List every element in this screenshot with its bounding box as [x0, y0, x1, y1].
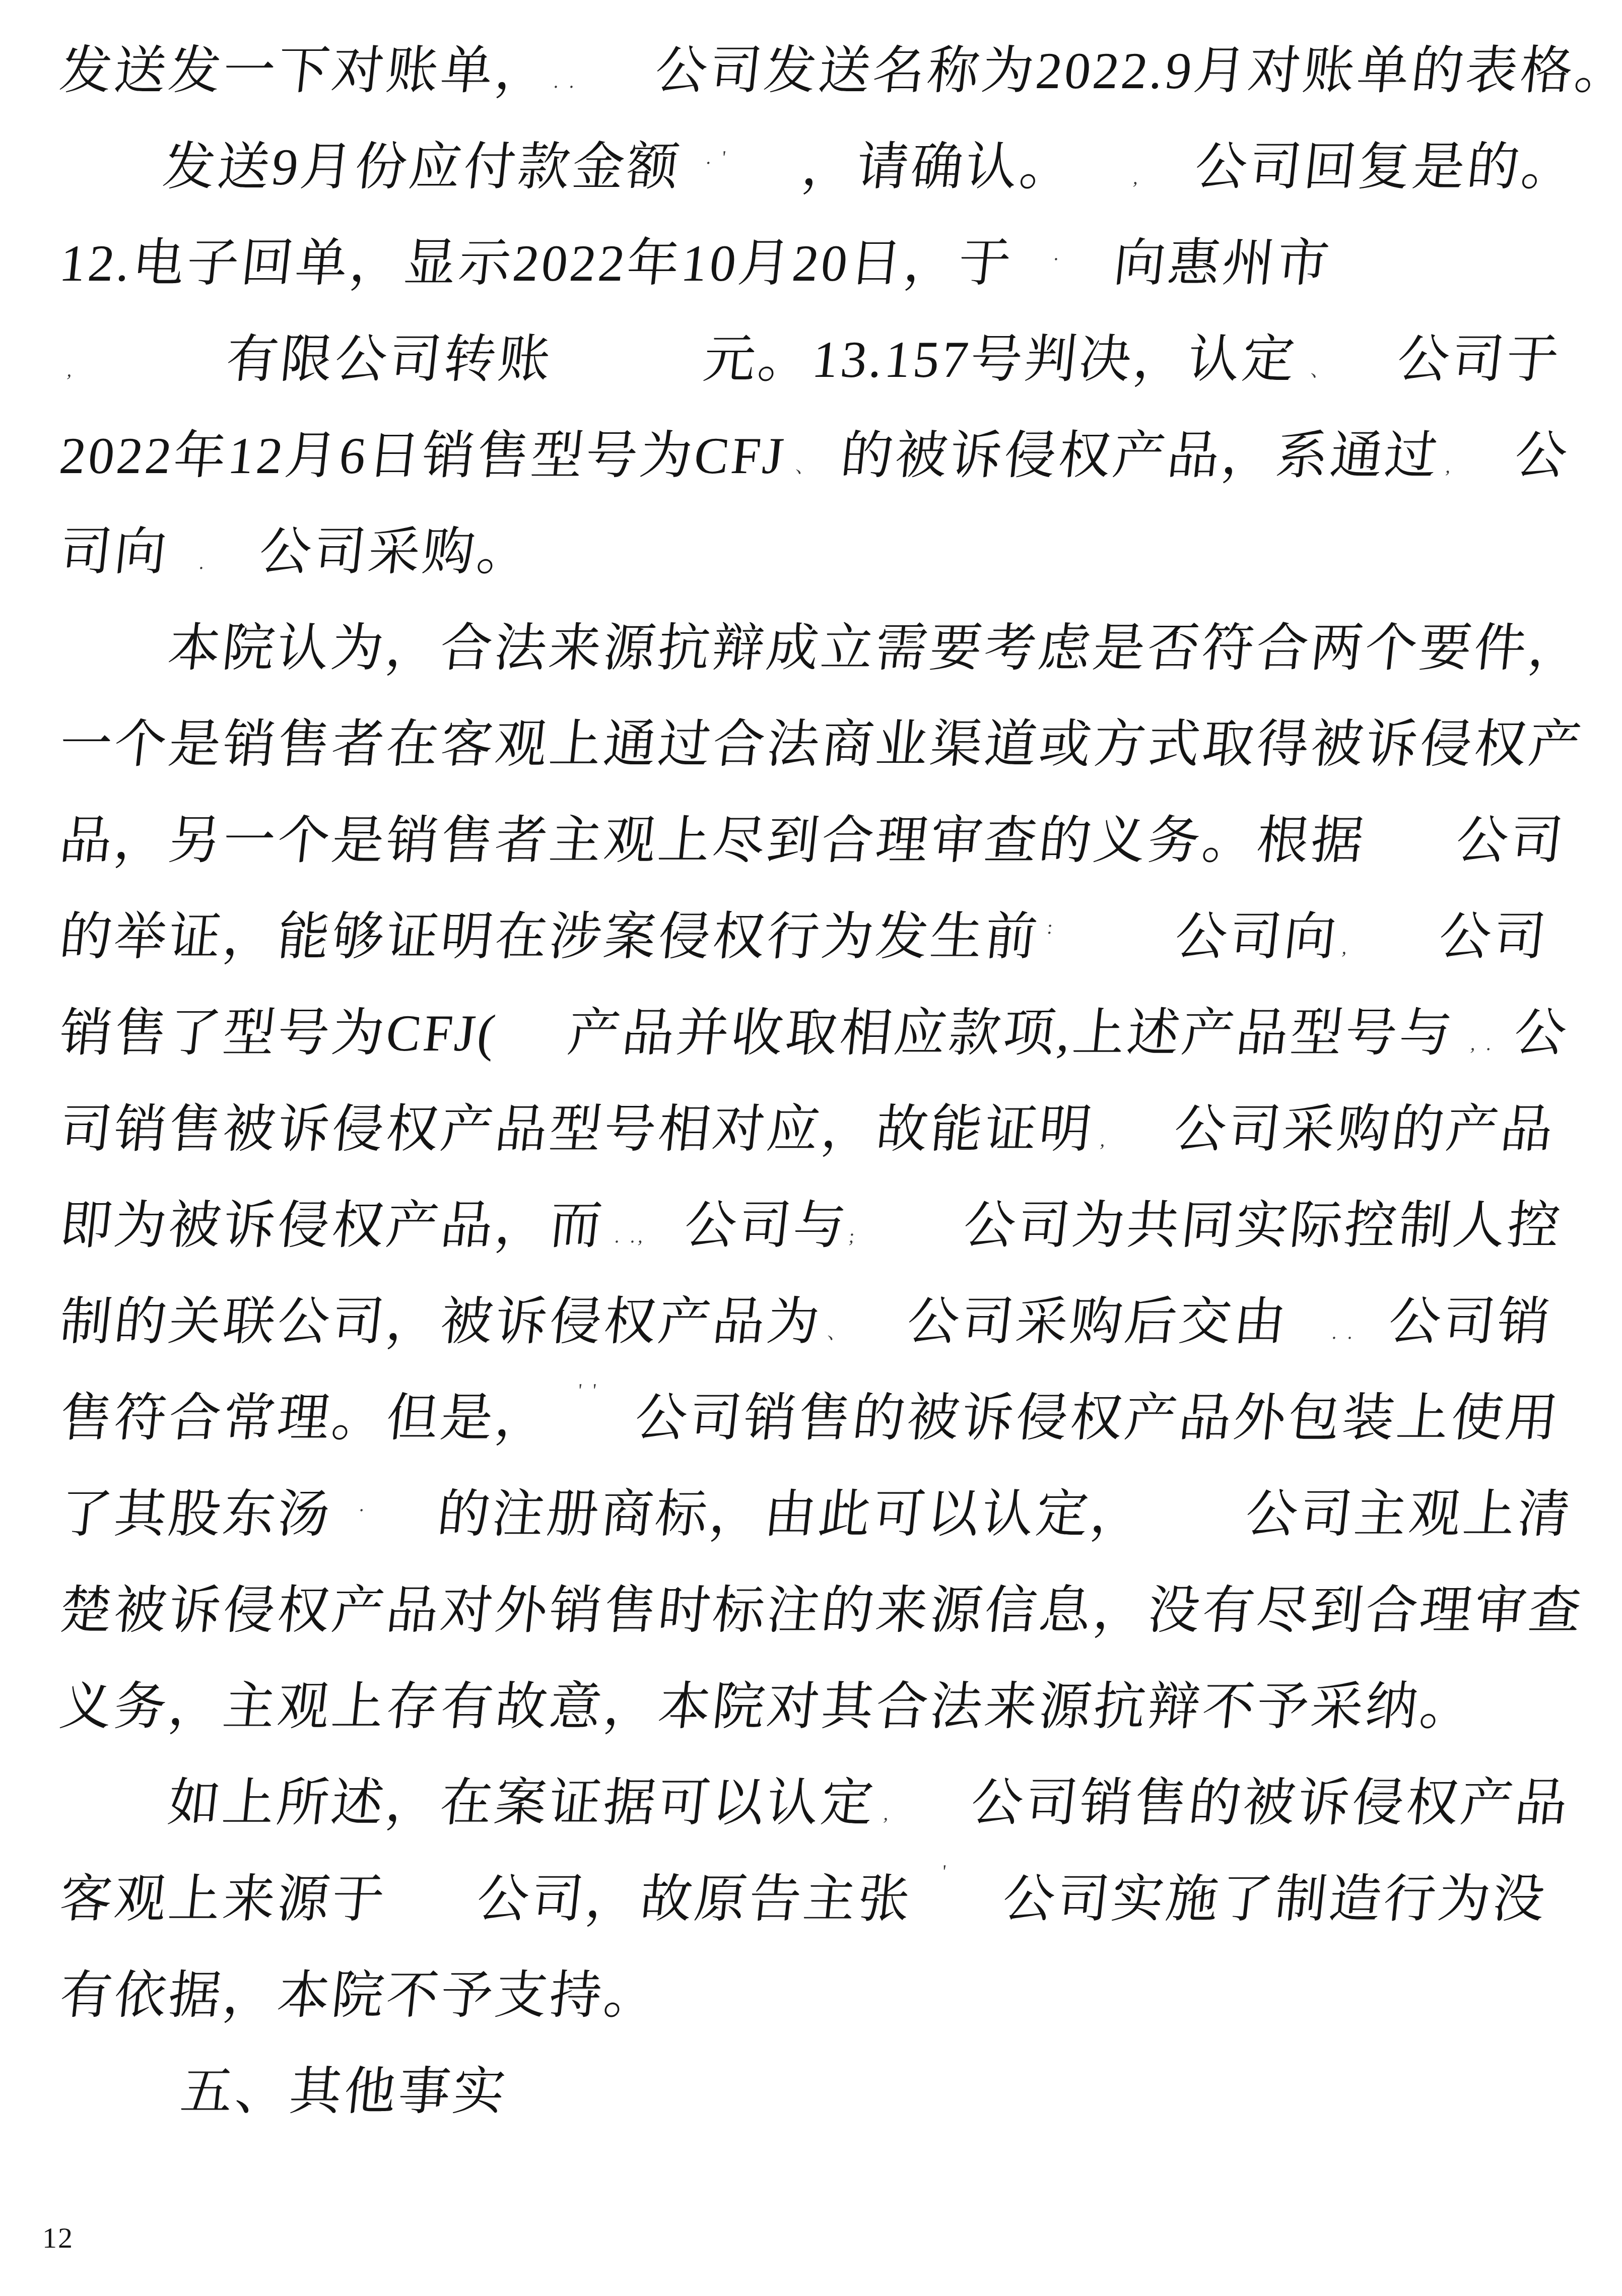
text-run: 公司采购。 — [256, 523, 534, 581]
redaction-mark: . ., — [614, 1227, 647, 1246]
text-run: 的被诉侵权产品，系通过 — [838, 427, 1443, 485]
document-line: 发送发一下对账单，. .公司发送名称为2022.9月对账单的表格。 — [55, 23, 1596, 119]
text-run: 公司 — [1436, 908, 1551, 966]
redaction-mark: 、 — [1310, 361, 1334, 380]
text-run: 公司发送名称为2022.9月对账单的表格。 — [652, 42, 1622, 100]
redaction-gap — [551, 325, 708, 377]
text-run: 了其股东汤 — [57, 1486, 335, 1543]
redaction-gap: . — [330, 1480, 442, 1532]
redaction-mark: , — [1100, 1131, 1109, 1150]
text-run: 有限公司转账 — [223, 331, 556, 388]
document-line: 即为被诉侵权产品，而. .,公司与;公司为共同实际控制人控 — [55, 1178, 1596, 1274]
text-run: 元。13.157号判决，认定 — [701, 331, 1300, 388]
document-line: 五、其他事实 — [55, 2044, 1596, 2140]
redaction-gap: . ' — [680, 133, 806, 184]
document-line: 司销售被诉侵权产品型号相对应，故能证明,公司采购的产品 — [55, 1082, 1596, 1178]
redaction-gap: 、 — [820, 1287, 911, 1339]
redaction-gap: , — [1092, 1095, 1178, 1147]
document-line: ,有限公司转账元。13.157号判决，认定、公司于 — [55, 312, 1596, 408]
redaction-mark: ' — [941, 1862, 950, 1881]
document-line: 的举证，能够证明在涉案侵权行为发生前:公司向,公司 — [55, 889, 1596, 986]
redaction-mark: , — [66, 361, 76, 380]
redaction-mark: . ' — [706, 148, 730, 167]
document-line: 了其股东汤.的注册商标，由此可以认定，公司主观上清 — [55, 1467, 1596, 1563]
text-run: 公司，故原告主张 — [474, 1871, 915, 1928]
redaction-gap: , — [1438, 421, 1519, 473]
redaction-mark: : — [1046, 918, 1057, 937]
text-run: 2022年12月6日销售型号为CFJ — [57, 427, 789, 485]
text-run: 义务，主观上存有故意，本院对其合法来源抗辩不予采纳。 — [57, 1678, 1477, 1736]
redaction-mark: . . — [1331, 1323, 1357, 1342]
text-run: 公司 — [1453, 812, 1568, 870]
redaction-mark: ' ' — [577, 1381, 600, 1400]
redaction-gap: , — [1072, 133, 1199, 184]
document-line: 售符合常理。但是，' '公司销售的被诉侵权产品外包装上使用 — [55, 1370, 1596, 1467]
document-line: 义务，主观上存有故意，本院对其合法来源抗辩不予采纳。 — [55, 1659, 1596, 1755]
redaction-mark: , — [1445, 457, 1454, 476]
redaction-gap: , . — [1452, 999, 1518, 1051]
redaction-gap: . . — [1287, 1287, 1393, 1339]
text-run: 一个是销售者在客观上通过合法商业渠道或方式取得被诉侵权产 — [57, 716, 1586, 773]
text-run: 公司主观上清 — [1243, 1486, 1575, 1543]
document-line: 客观上来源于公司，故原告主张'公司实施了制造行为没 — [55, 1852, 1596, 1948]
document-body: 发送发一下对账单，. .公司发送名称为2022.9月对账单的表格。发送9月份应付… — [56, 23, 1588, 2140]
redaction-gap: , — [58, 325, 230, 377]
text-run: 公 — [1512, 427, 1573, 485]
text-run: 公司回复是的。 — [1192, 139, 1579, 196]
document-line: 销售了型号为CFJ(产品并收取相应款项,上述产品型号与, .公 — [55, 986, 1596, 1082]
text-run: 公司销 — [1386, 1293, 1555, 1351]
redaction-mark: , — [1132, 168, 1142, 187]
text-run: 本院认为，合法来源抗辩成立需要考虑是否符合两个要件， — [165, 620, 1586, 677]
document-line: 一个是销售者在客观上通过合法商业渠道或方式取得被诉侵权产 — [55, 697, 1596, 793]
redaction-gap: ' — [911, 1865, 1007, 1917]
page-number: 12 — [42, 2221, 74, 2255]
document-line: 司向.公司采购。 — [55, 504, 1596, 601]
text-run: 的注册商标，由此可以认定， — [435, 1486, 1148, 1543]
redaction-mark: 、 — [827, 1323, 851, 1342]
document-page: 发送发一下对账单，. .公司发送名称为2022.9月对账单的表格。发送9月份应付… — [0, 0, 1622, 2296]
text-run: 客观上来源于 — [57, 1871, 389, 1928]
text-run: 品，另一个是销售者主观上尽到合理审查的义务。根据 — [57, 812, 1369, 870]
text-run: 公司实施了制造行为没 — [1000, 1871, 1550, 1928]
text-run: 制的关联公司，被诉侵权产品为 — [57, 1293, 825, 1351]
redaction-gap — [1143, 1480, 1250, 1532]
text-run: 公司与 — [682, 1197, 851, 1255]
text-run: 五、其他事实 — [178, 2063, 510, 2121]
redaction-gap: . — [1011, 229, 1117, 281]
text-run: 的举证，能够证明在涉案侵权行为发生前 — [57, 908, 1042, 966]
text-run: 楚被诉侵权产品对外销售时标注的来源信息，没有尽到合理审查 — [57, 1582, 1586, 1639]
redaction-gap: ; — [846, 1191, 968, 1243]
redaction-gap: 、 — [1295, 325, 1401, 377]
document-line: 楚被诉侵权产品对外销售时标注的来源信息，没有尽到合理审查 — [55, 1563, 1596, 1659]
text-run: 公司采购的产品 — [1171, 1101, 1558, 1158]
redaction-mark: ; — [848, 1227, 859, 1246]
redaction-mark: . — [359, 1495, 368, 1515]
text-run: 公 — [1511, 1005, 1572, 1062]
redaction-gap: . . — [548, 36, 659, 88]
document-line: 本院认为，合法来源抗辩成立需要考虑是否符合两个要件， — [55, 601, 1596, 697]
text-run: 公司销售的被诉侵权产品 — [968, 1775, 1573, 1832]
text-run: 向惠州市 — [1111, 235, 1334, 292]
text-run: 公司于 — [1394, 331, 1564, 388]
redaction-mark: . — [198, 553, 208, 572]
redaction-mark: . . — [553, 72, 578, 91]
text-run: 售符合常理。但是， — [57, 1390, 553, 1447]
redaction-mark: , — [883, 1804, 893, 1823]
text-run: 公司销售的被诉侵权产品外包装上使用 — [632, 1390, 1563, 1447]
document-line: 如上所述，在案证据可以认定,公司销售的被诉侵权产品 — [55, 1755, 1596, 1852]
text-run: 公司采购后交由 — [904, 1293, 1291, 1351]
document-line: 发送9月份应付款金额. '，请确认。,公司回复是的。 — [55, 119, 1596, 216]
document-line: 12.电子回单，显示2022年10月20日，于.向惠州市 — [55, 216, 1596, 312]
text-run: 发送9月份应付款金额 — [160, 139, 684, 196]
redaction-gap: 、 — [784, 421, 845, 473]
document-line: 品，另一个是销售者主观上尽到合理审查的义务。根据公司 — [55, 793, 1596, 889]
redaction-gap: , — [874, 1768, 975, 1820]
document-line: 制的关联公司，被诉侵权产品为、公司采购后交由. .公司销 — [55, 1274, 1596, 1370]
text-run: 公司向 — [1172, 908, 1341, 966]
redaction-mark: 、 — [794, 457, 819, 476]
redaction-mark: , . — [1470, 1034, 1495, 1054]
text-run: 如上所述，在案证据可以认定 — [165, 1775, 878, 1832]
redaction-gap: . — [167, 517, 263, 569]
text-run: 12.电子回单，显示2022年10月20日，于 — [57, 235, 1016, 292]
redaction-gap — [496, 999, 572, 1051]
redaction-gap — [385, 1865, 481, 1917]
text-run: ，请确认。 — [799, 139, 1077, 196]
redaction-mark: , — [1341, 938, 1351, 957]
redaction-gap: , — [1337, 902, 1443, 954]
text-run: 发送发一下对账单， — [57, 42, 553, 100]
text-run: 公司为共同实际控制人控 — [961, 1197, 1565, 1255]
text-run: 有依据，本院不予支持。 — [57, 1967, 661, 2024]
redaction-gap — [1364, 806, 1460, 858]
text-run: 司向 — [57, 523, 172, 581]
text-run: 司销售被诉侵权产品型号相对应，故能证明 — [57, 1101, 1097, 1158]
redaction-gap: . ., — [602, 1191, 689, 1243]
text-run: 产品并收取相应款项,上述产品型号与 — [565, 1005, 1457, 1062]
text-run: 即为被诉侵权产品，而 — [57, 1197, 607, 1255]
document-line: 2022年12月6日销售型号为CFJ、的被诉侵权产品，系通过,公 — [55, 408, 1596, 504]
redaction-gap: ' ' — [548, 1384, 639, 1435]
document-line: 有依据，本院不予支持。 — [55, 1948, 1596, 2044]
text-run: 销售了型号为CFJ( — [57, 1005, 500, 1062]
redaction-gap: : — [1038, 902, 1179, 954]
redaction-mark: . — [1053, 244, 1063, 264]
